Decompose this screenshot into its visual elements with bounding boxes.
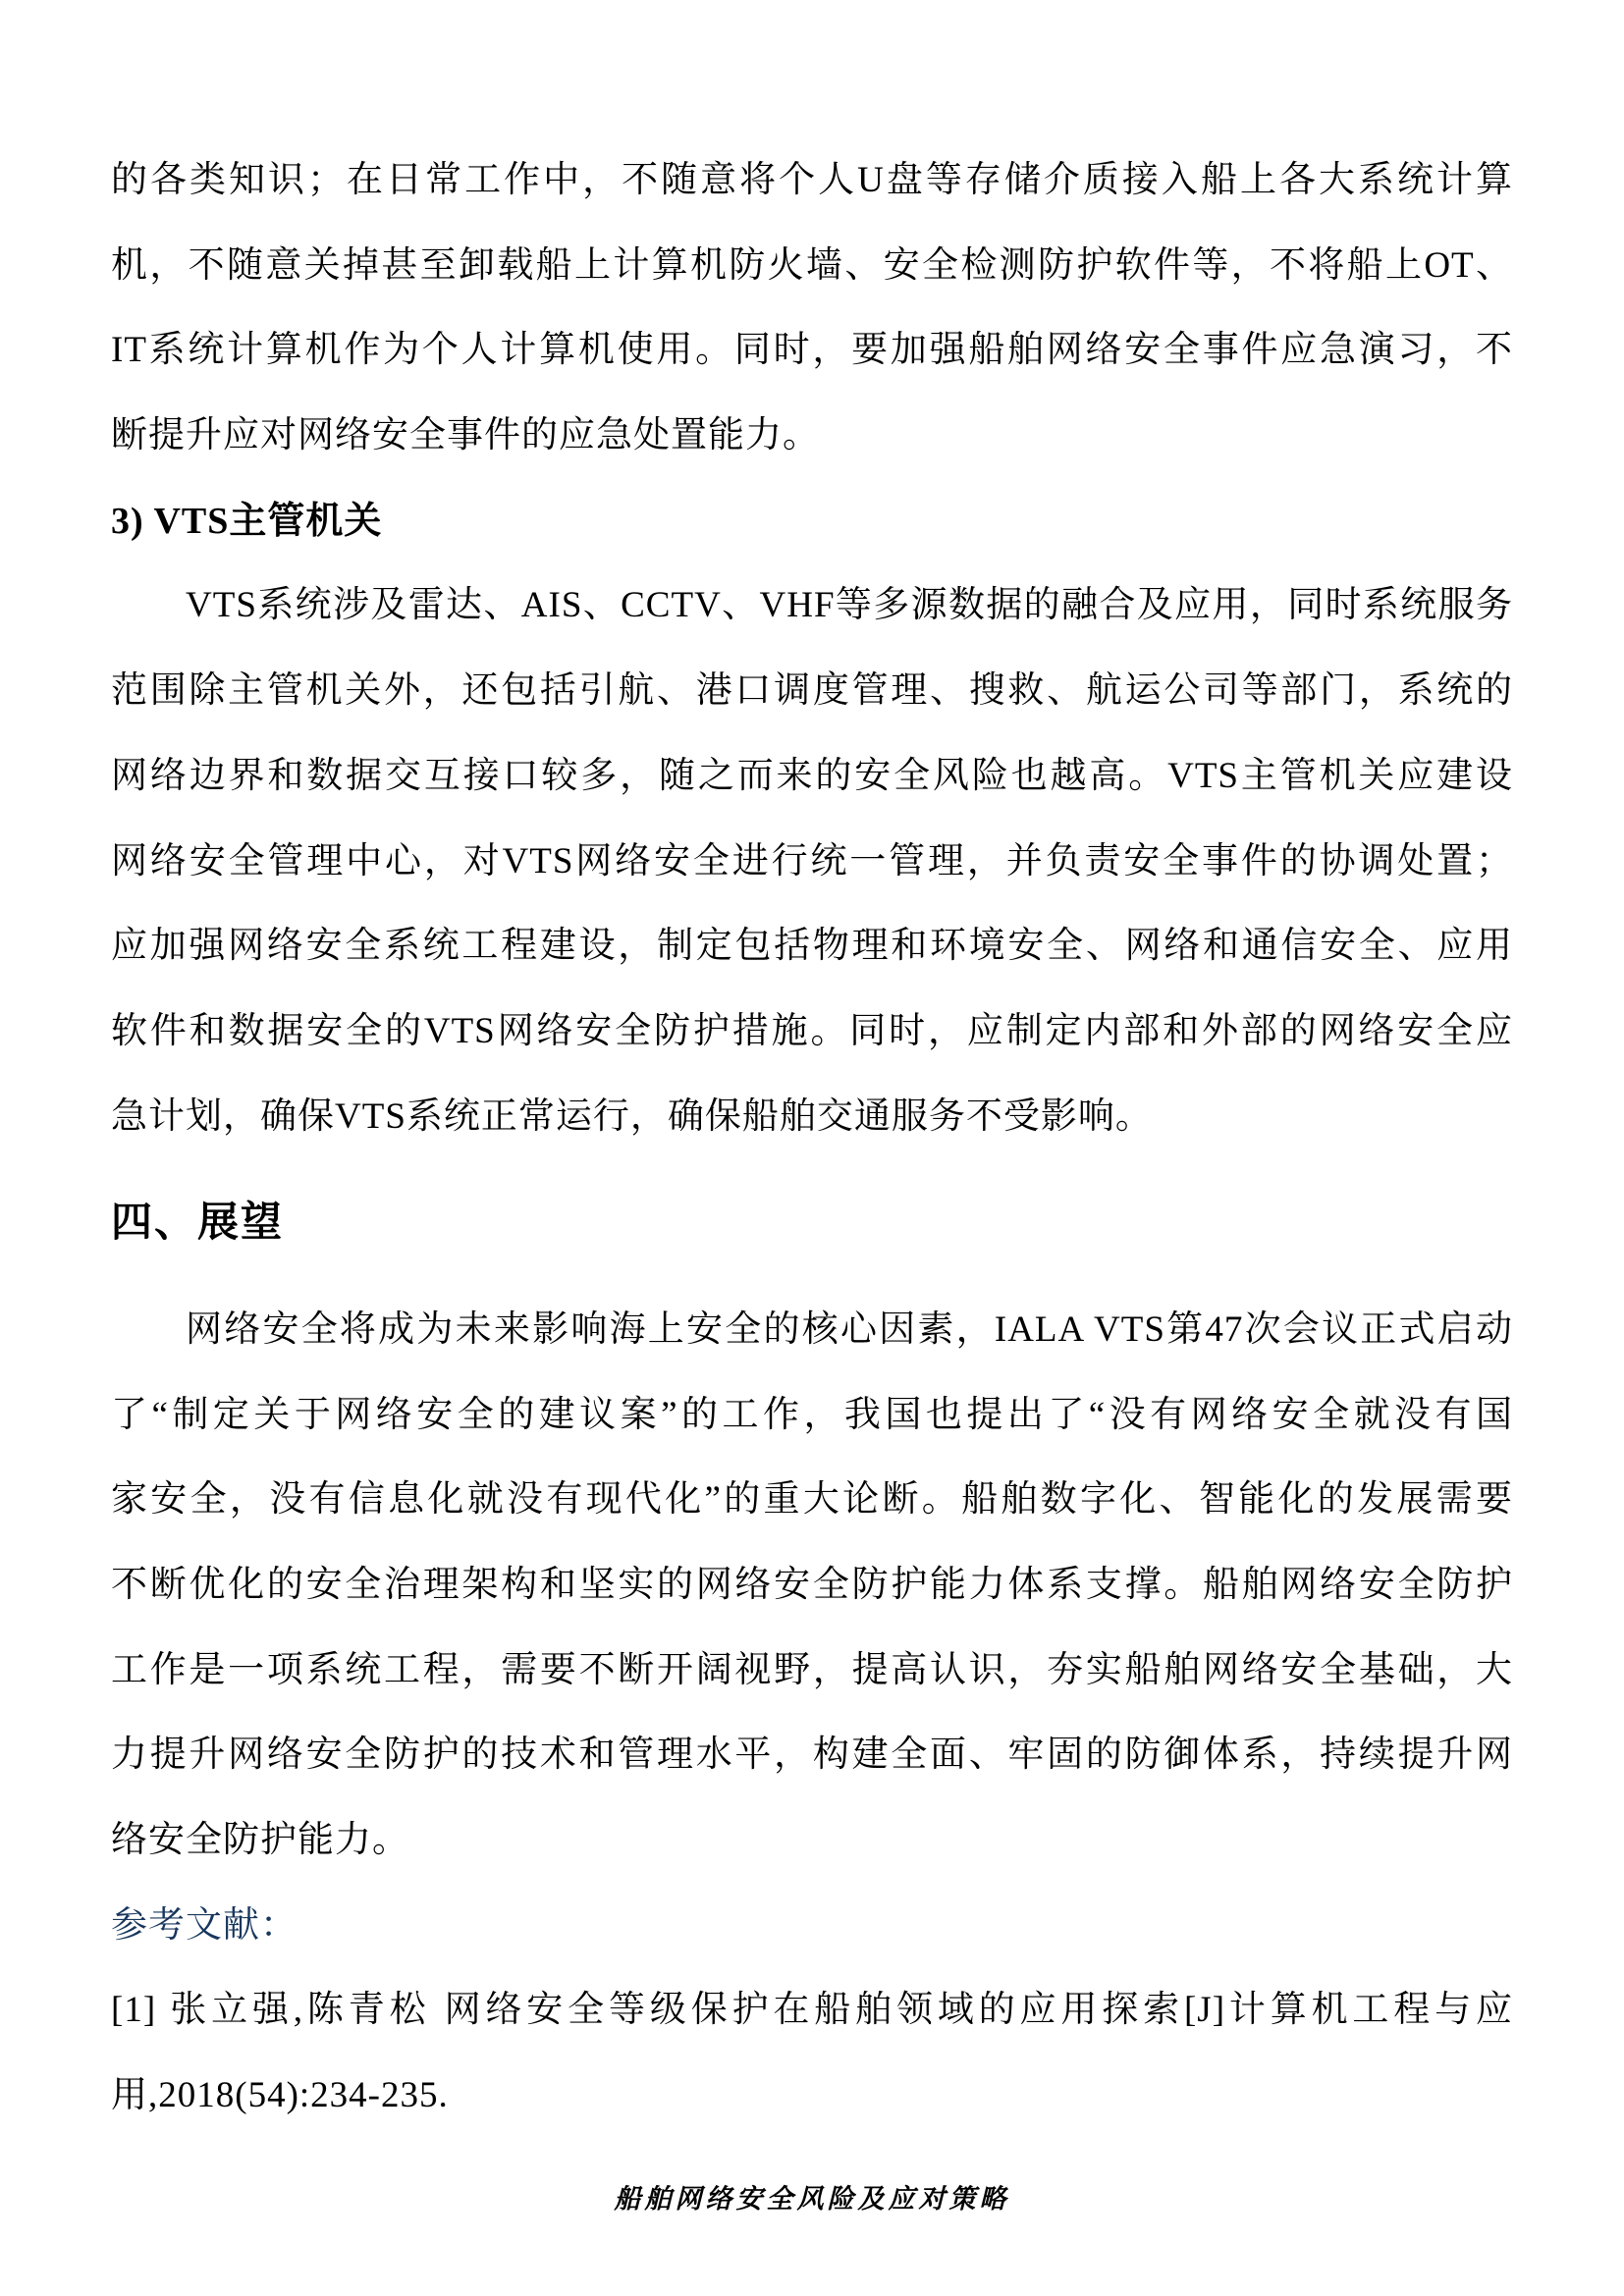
paragraph-outlook: 网络安全将成为未来影响海上安全的核心因素，IALA VTS第47次会议正式启动了…	[111, 1288, 1513, 1884]
text-line: 络安全防护能力。	[111, 1798, 1513, 1884]
text-line: 不断优化的安全治理架构和坚实的网络安全防护能力体系支撑。船舶网络安全防护	[111, 1543, 1513, 1629]
text-line: 力提升网络安全防护的技术和管理水平，构建全面、牢固的防御体系，持续提升网	[111, 1713, 1513, 1798]
text-line: 断提升应对网络安全事件的应急处置能力。	[111, 394, 1513, 479]
text-line: 软件和数据安全的VTS网络安全防护措施。同时，应制定内部和外部的网络安全应	[111, 989, 1513, 1075]
text-line: 网络安全管理中心，对VTS网络安全进行统一管理，并负责安全事件的协调处置；	[111, 820, 1513, 905]
text-line: 了“制定关于网络安全的建议案”的工作，我国也提出了“没有网络安全就没有国	[111, 1373, 1513, 1459]
reference-item-1: [1] 张立强,陈青松 网络安全等级保护在船舶领域的应用探索[J]计算机工程与应…	[111, 1968, 1513, 2138]
text-line: 用,2018(54):234-235.	[111, 2054, 1513, 2139]
text-line: 应加强网络安全系统工程建设，制定包括物理和环境安全、网络和通信安全、应用	[111, 904, 1513, 989]
text-line: 网络安全将成为未来影响海上安全的核心因素，IALA VTS第47次会议正式启动	[111, 1288, 1513, 1373]
text-line: 机，不随意关掉甚至卸载船上计算机防火墙、安全检测防护软件等，不将船上OT、	[111, 224, 1513, 309]
text-line: 的各类知识；在日常工作中，不随意将个人U盘等存储介质接入船上各大系统计算	[111, 138, 1513, 224]
text-line: 网络边界和数据交互接口较多，随之而来的安全风险也越高。VTS主管机关应建设	[111, 734, 1513, 820]
paragraph-crew-awareness-continuation: 的各类知识；在日常工作中，不随意将个人U盘等存储介质接入船上各大系统计算机，不随…	[111, 138, 1513, 479]
text-line: IT系统计算机作为个人计算机使用。同时，要加强船舶网络安全事件应急演习，不	[111, 308, 1513, 394]
text-line: 工作是一项系统工程，需要不断开阔视野，提高认识，夯实船舶网络安全基础，大	[111, 1629, 1513, 1714]
document-page: 的各类知识；在日常工作中，不随意将个人U盘等存储介质接入船上各大系统计算机，不随…	[0, 0, 1624, 2296]
text-line: VTS系统涉及雷达、AIS、CCTV、VHF等多源数据的融合及应用，同时系统服务	[111, 563, 1513, 649]
paragraph-vts-authority: VTS系统涉及雷达、AIS、CCTV、VHF等多源数据的融合及应用，同时系统服务…	[111, 563, 1513, 1159]
text-line: 家安全，没有信息化就没有现代化”的重大论断。船舶数字化、智能化的发展需要	[111, 1458, 1513, 1543]
references-label: 参考文献：	[111, 1884, 1513, 1969]
text-line: 范围除主管机关外，还包括引航、港口调度管理、搜救、航运公司等部门，系统的	[111, 649, 1513, 734]
heading-vts-authority: 3) VTS主管机关	[111, 479, 1513, 564]
heading-outlook: 四、展望	[111, 1181, 1513, 1266]
document-body: 的各类知识；在日常工作中，不随意将个人U盘等存储介质接入船上各大系统计算机，不随…	[111, 0, 1513, 2139]
page-footer-title: 船舶网络安全风险及应对策略	[0, 2183, 1624, 2215]
text-line: 急计划，确保VTS系统正常运行，确保船舶交通服务不受影响。	[111, 1075, 1513, 1160]
text-line: [1] 张立强,陈青松 网络安全等级保护在船舶领域的应用探索[J]计算机工程与应	[111, 1968, 1513, 2054]
